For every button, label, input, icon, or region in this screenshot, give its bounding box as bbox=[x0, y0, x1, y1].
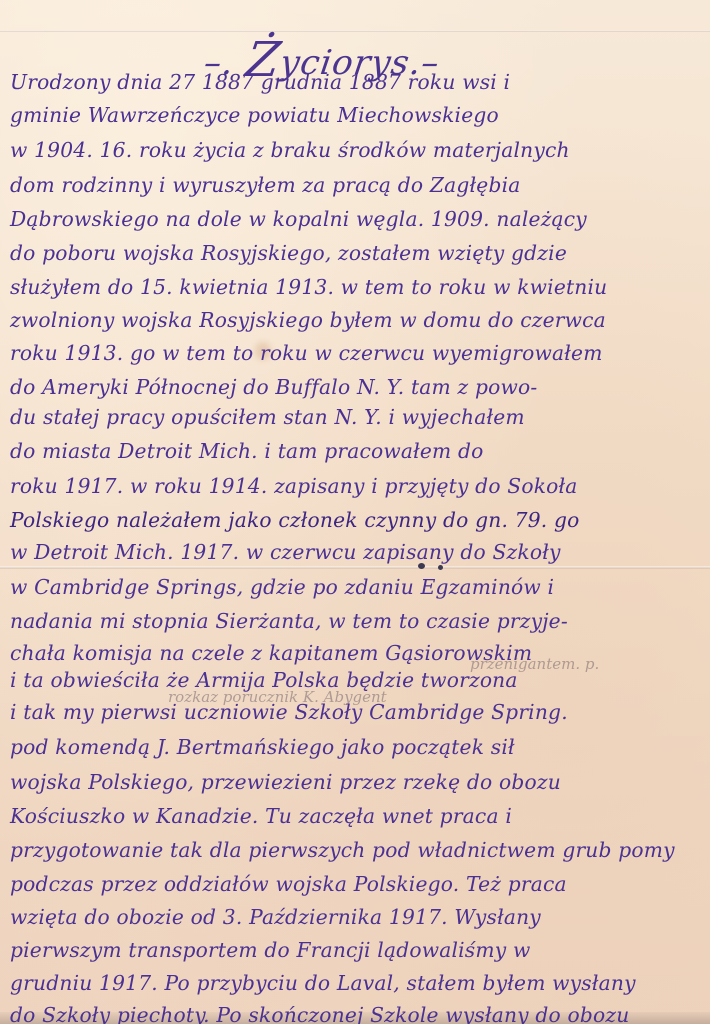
text-line-4: dom rodzinny i wyruszyłem za pracą do Za… bbox=[10, 173, 700, 197]
text-line-26: wzięta do obozie od 3. Października 1917… bbox=[10, 905, 700, 929]
text-line-25: podczas przez oddziałów wojska Polskiego… bbox=[10, 872, 700, 896]
scanned-letter-page: –. Życiorys.– Urodzony dnia 27 1887 grud… bbox=[0, 0, 710, 1024]
text-line-6: do poboru wojska Rosyjskiego, zostałem w… bbox=[10, 241, 700, 265]
pencil-annotation: przenigantem. p. bbox=[470, 655, 599, 673]
text-line-2: gminie Wawrzeńczyce powiatu Miechowskieg… bbox=[10, 103, 700, 127]
text-line-29: do Szkoły piechoty. Po skończonej Szkole… bbox=[10, 1003, 700, 1024]
text-line-3: w 1904. 16. roku życia z braku środków m… bbox=[10, 138, 700, 162]
text-line-7: służyłem do 15. kwietnia 1913. w tem to … bbox=[10, 275, 700, 299]
paper-fold-middle bbox=[0, 566, 710, 569]
text-line-9: roku 1913. go w tem to roku w czerwcu wy… bbox=[10, 341, 700, 365]
text-line-23: Kościuszko w Kanadzie. Tu zaczęła wnet p… bbox=[10, 804, 700, 828]
text-line-12: do miasta Detroit Mich. i tam pracowałem… bbox=[10, 439, 700, 463]
text-line-17: nadania mi stopnia Sierżanta, w tem to c… bbox=[10, 609, 700, 633]
text-line-28: grudniu 1917. Po przybyciu do Laval, sta… bbox=[10, 971, 700, 995]
ink-blot bbox=[438, 565, 443, 570]
pencil-annotation: rozkaz porucznik K. Abygent bbox=[168, 688, 387, 706]
text-line-21: pod komendą J. Bertmańskiego jako począt… bbox=[10, 735, 700, 759]
text-line-24: przygotowanie tak dla pierwszych pod wła… bbox=[10, 838, 700, 862]
text-line-1: Urodzony dnia 27 1887 grudnia 1887 roku … bbox=[10, 70, 700, 94]
text-line-11: du stałej pracy opuściłem stan N. Y. i w… bbox=[10, 405, 700, 429]
text-line-13: roku 1917. w roku 1914. zapisany i przyj… bbox=[10, 474, 700, 498]
text-line-22: wojska Polskiego, przewiezieni przez rze… bbox=[10, 770, 700, 794]
text-line-14: Polskiego należałem jako członek czynny … bbox=[10, 508, 700, 532]
text-line-15: w Detroit Mich. 1917. w czerwcu zapisany… bbox=[10, 540, 700, 564]
text-line-16: w Cambridge Springs, gdzie po zdaniu Egz… bbox=[10, 575, 700, 599]
text-line-8: zwolniony wojska Rosyjskiego byłem w dom… bbox=[10, 308, 700, 332]
text-line-27: pierwszym transportem do Francji lądowal… bbox=[10, 938, 700, 962]
text-line-10: do Ameryki Północnej do Buffalo N. Y. ta… bbox=[10, 375, 700, 399]
text-line-5: Dąbrowskiego na dole w kopalni węgla. 19… bbox=[10, 207, 700, 231]
